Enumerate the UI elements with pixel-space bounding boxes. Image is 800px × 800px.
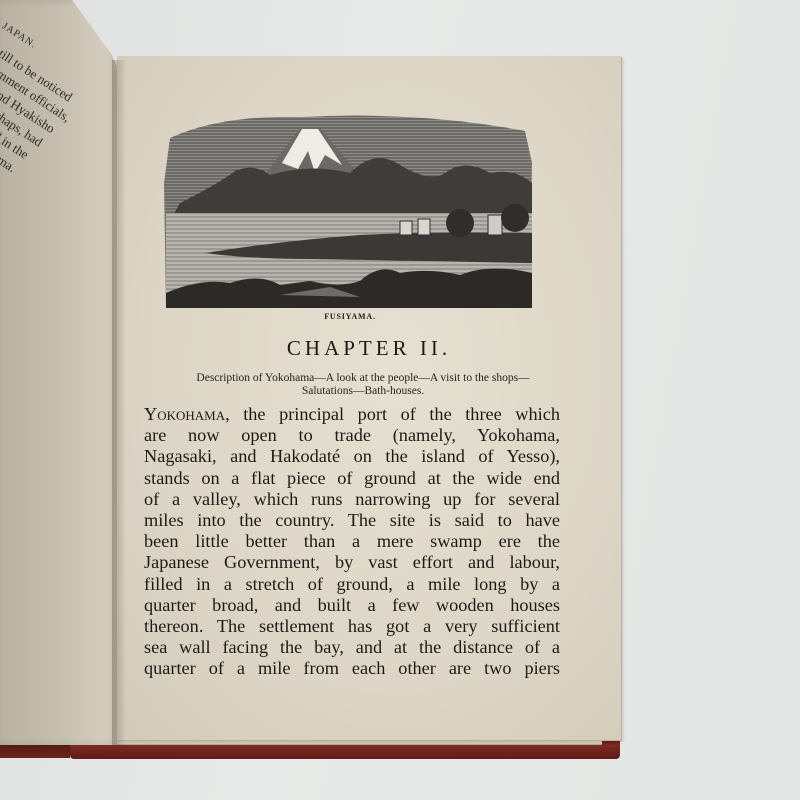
body-line: are now open to trade (namely, Yokohama, — [144, 425, 560, 446]
body-line: thereon. The settlement has got a very s… — [144, 616, 560, 637]
body-line: quarter of a mile from each other are tw… — [144, 658, 560, 679]
chapter-synopsis: Description of Yokohama—A look at the pe… — [148, 372, 578, 398]
synopsis-line: Salutations—Bath-houses. — [148, 385, 578, 398]
gutter-shadow — [112, 60, 126, 745]
body-text: Yokohama, the principal port of the thre… — [144, 404, 560, 680]
body-line: quarter broad, and built a few wooden ho… — [144, 595, 560, 616]
body-line: filled in a stretch of ground, a mile lo… — [144, 574, 560, 595]
left-page: TO JAPAN. ople still to be noticed or go… — [0, 0, 118, 745]
body-line: miles into the country. The site is said… — [144, 510, 560, 531]
fusiyama-engraving — [160, 103, 540, 310]
left-page-text: TO JAPAN. ople still to be noticed or go… — [0, 8, 118, 200]
book-photo: TO JAPAN. ople still to be noticed or go… — [0, 0, 800, 800]
body-line: Nagasaki, and Hakodaté on the island of … — [144, 446, 560, 467]
illustration-caption: FUSIYAMA. — [160, 312, 540, 321]
body-line: Japanese Government, by vast effort and … — [144, 552, 560, 573]
lead-word: Yokohama — [144, 404, 225, 424]
chapter-title: CHAPTER II. — [117, 336, 621, 361]
body-line: sea wall facing the bay, and at the dist… — [144, 637, 560, 658]
body-line: Yokohama, the principal port of the thre… — [144, 404, 560, 425]
first-line-rest: , the principal port of the three which — [225, 404, 560, 424]
body-line: been little better than a mere swamp ere… — [144, 531, 560, 552]
body-line: of a valley, which runs narrowing up for… — [144, 489, 560, 510]
mountain-illustration-icon — [160, 103, 540, 310]
body-line: stands on a flat piece of ground at the … — [144, 468, 560, 489]
synopsis-line: Description of Yokohama—A look at the pe… — [148, 372, 578, 385]
